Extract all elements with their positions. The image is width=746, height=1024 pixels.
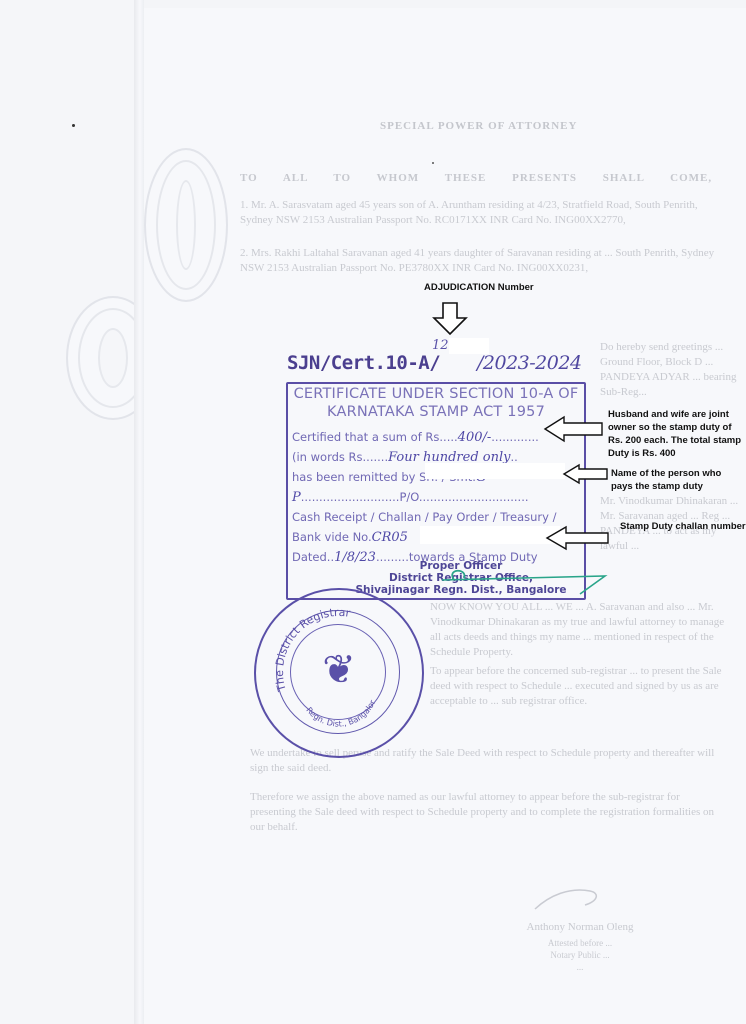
left-arrow-icon (544, 416, 604, 442)
sum-label: Certified that a sum of Rs. (292, 430, 443, 444)
annotation-adjudication-label: ADJUDICATION Number (424, 281, 534, 294)
certificate-number: SJN/Cert.10-A/ /2023-2024 (287, 352, 607, 380)
paragraph-6: To appear before the concerned sub-regis… (430, 664, 730, 709)
bank-label: Bank vide No. (292, 530, 372, 544)
signatory-name: Anthony Norman Oleng (480, 920, 680, 935)
document-salutation: TO ALL TO WHOM THESE PRESENTS SHALL COME… (240, 172, 712, 184)
back-page (0, 0, 136, 1024)
district-registrar-seal: ❦ The District Registrar Regn. Dist., Ba… (254, 588, 424, 758)
certificate-bank-row: Bank vide No.CR05 (292, 530, 408, 545)
left-arrow-icon (563, 464, 609, 484)
certificate-year: /2023-2024 (477, 352, 582, 374)
po-prefix: P (292, 490, 301, 505)
certificate-number-prefix: SJN/Cert.10-A/ (287, 352, 440, 374)
down-arrow-icon (432, 302, 468, 336)
adjudication-handwritten-number: 12 (432, 338, 449, 353)
certificate-heading-2: KARNATAKA STAMP ACT 1957 (288, 404, 584, 420)
bank-value: CR05 (372, 530, 408, 545)
paragraph-3: Do hereby send greetings ... Ground Floo… (600, 340, 740, 400)
certificate-payment-modes: Cash Receipt / Challan / Pay Order / Tre… (292, 510, 557, 524)
paragraph-8: Therefore we assign the above named as o… (250, 790, 720, 835)
words-label: (in words Rs (292, 450, 363, 464)
paragraph-2: 2. Mrs. Rakhi Laltahal Saravanan aged 41… (240, 246, 730, 276)
certificate-sum-row: Certified that a sum of Rs.....400/-....… (292, 430, 539, 445)
annotation-payer: Name of the person who pays the stamp du… (611, 467, 741, 493)
po-label: P/O (399, 490, 418, 504)
certificate-heading-1: CERTIFICATE UNDER SECTION 10-A OF (288, 386, 584, 402)
page-fold (134, 0, 144, 1024)
signature-scribble (530, 885, 610, 915)
sum-value: 400/- (458, 430, 492, 445)
ink-speck (432, 162, 434, 164)
paragraph-5: NOW KNOW YOU ALL ... WE ... A. Saravanan… (430, 600, 730, 660)
certificate-po-row: P...........................P/O.........… (292, 490, 529, 505)
left-arrow-icon (546, 526, 610, 550)
ink-speck (72, 124, 75, 127)
dated-label: Dated (292, 550, 327, 564)
paragraph-1: 1. Mr. A. Sarasvatam aged 45 years son o… (240, 198, 730, 228)
annotation-joint-owner: Husband and wife are joint owner so the … (608, 408, 744, 460)
signatory-line-3: ... (480, 960, 680, 975)
officer-signature (440, 566, 610, 606)
document-title: SPECIAL POWER OF ATTORNEY (380, 120, 577, 132)
redacted-payer-name (425, 463, 565, 479)
annotation-challan: Stamp Duty challan number (620, 520, 746, 533)
faded-seal-front (144, 148, 228, 302)
seal-outer-text: The District Registrar (273, 606, 352, 694)
redacted-challan-number (420, 526, 560, 544)
svg-text:The District Registrar: The District Registrar (273, 606, 352, 694)
